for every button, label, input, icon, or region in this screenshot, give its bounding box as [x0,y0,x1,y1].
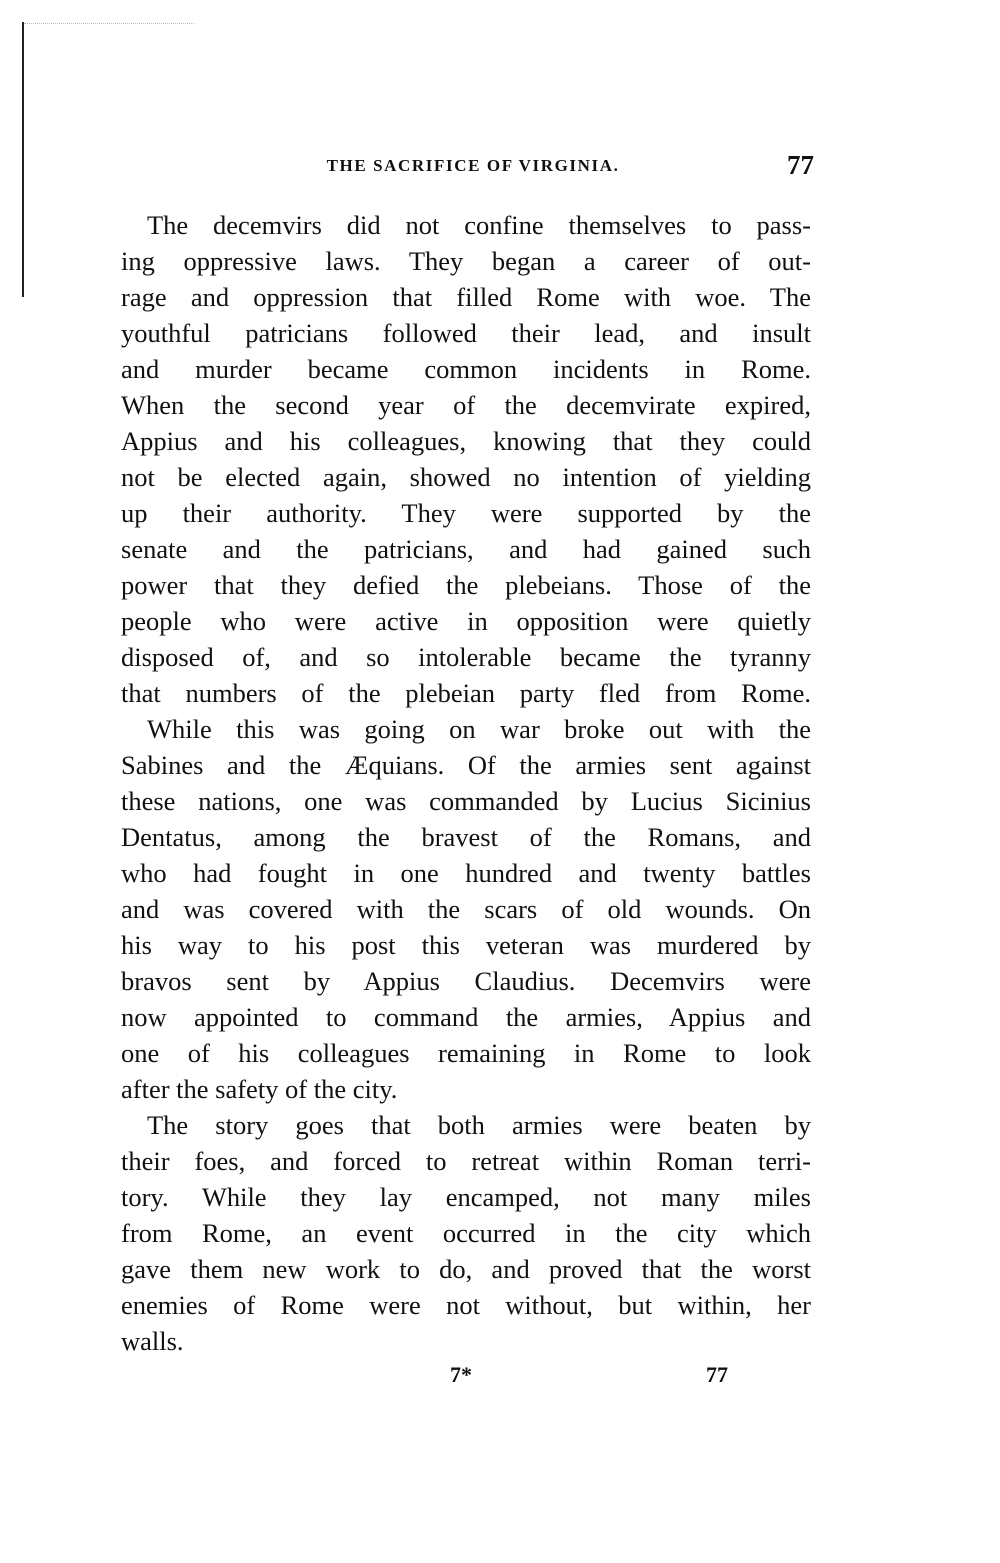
text-line: youthful patricians followed their lead,… [121,315,811,351]
scan-page-edge-top [24,23,194,25]
paragraph-3: The story goes that both armies were bea… [121,1107,811,1359]
text-line: these nations, one was commanded by Luci… [121,783,811,819]
text-line: walls. [121,1323,811,1359]
signature-mark: 7* [450,1362,472,1388]
scan-page-edge [22,22,24,297]
text-line: The story goes that both armies were bea… [121,1107,811,1143]
text-line: disposed of, and so intolerable became t… [121,639,811,675]
running-title: THE SACRIFICE OF VIRGINIA. [120,156,814,176]
text-line: rage and oppression that filled Rome wit… [121,279,811,315]
text-line: and was covered with the scars of old wo… [121,891,811,927]
paragraph-1: The decemvirs did not confine themselves… [121,207,811,711]
text-line: tory. While they lay encamped, not many … [121,1179,811,1215]
page-number: 77 [787,150,814,181]
text-line: gave them new work to do, and proved tha… [121,1251,811,1287]
text-line: Sabines and the Æquians. Of the armies s… [121,747,811,783]
text-line: his way to his post this veteran was mur… [121,927,811,963]
text-line: up their authority. They were supported … [121,495,811,531]
text-line: who had fought in one hundred and twenty… [121,855,811,891]
text-line: now appointed to command the armies, App… [121,999,811,1035]
text-line: power that they defied the plebeians. Th… [121,567,811,603]
text-line: that numbers of the plebeian party fled … [121,675,811,711]
text-line: their foes, and forced to retreat within… [121,1143,811,1179]
text-line: people who were active in opposition wer… [121,603,811,639]
text-line: one of his colleagues remaining in Rome … [121,1035,811,1071]
text-line: The decemvirs did not confine themselves… [121,207,811,243]
footer-page-number: 77 [706,1362,728,1388]
text-line: from Rome, an event occurred in the city… [121,1215,811,1251]
text-line: When the second year of the decemvirate … [121,387,811,423]
text-line: bravos sent by Appius Claudius. Decemvir… [121,963,811,999]
text-line: While this was going on war broke out wi… [121,711,811,747]
running-head: THE SACRIFICE OF VIRGINIA. 77 [120,150,814,182]
paragraph-2: While this was going on war broke out wi… [121,711,811,1107]
page-footer: 7* 77 [120,1362,814,1394]
text-line: senate and the patricians, and had gaine… [121,531,811,567]
text-line: Appius and his colleagues, knowing that … [121,423,811,459]
text-line: and murder became common incidents in Ro… [121,351,811,387]
text-line: enemies of Rome were not without, but wi… [121,1287,811,1323]
text-line: Dentatus, among the bravest of the Roman… [121,819,811,855]
text-line: after the safety of the city. [121,1071,811,1107]
text-line: ing oppressive laws. They began a career… [121,243,811,279]
body-text: The decemvirs did not confine themselves… [121,207,811,1359]
text-line: not be elected again, showed no intentio… [121,459,811,495]
